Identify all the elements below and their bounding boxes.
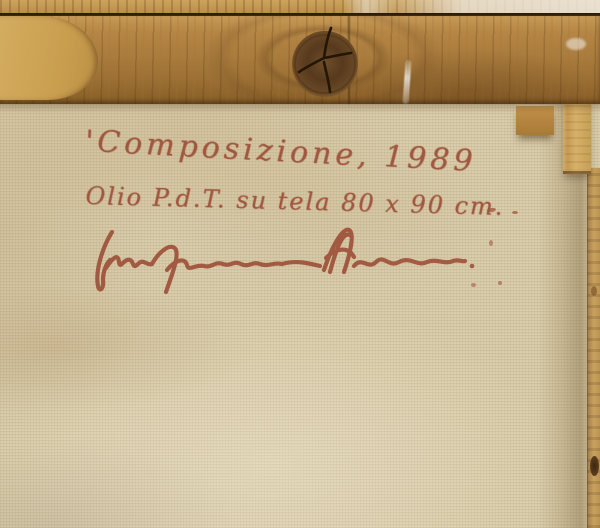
top-stretcher-bar xyxy=(0,16,600,104)
ink-speck xyxy=(498,281,502,285)
wood-knot-small-icon xyxy=(590,456,599,476)
ink-speck xyxy=(471,283,476,287)
canvas-back-photo: 'Composizione, 1989 Olio P.d.T. su tela … xyxy=(0,0,600,528)
artist-signature xyxy=(86,220,481,305)
white-paint-drip xyxy=(402,60,411,104)
corner-wedge xyxy=(0,16,98,100)
wood-knot-tiny-icon xyxy=(591,286,597,296)
white-paint-smudge xyxy=(566,38,586,50)
right-stretcher-bar xyxy=(587,168,600,528)
ink-speck xyxy=(512,211,518,214)
bar-cast-shadow xyxy=(0,104,600,113)
ink-speck xyxy=(489,240,493,246)
frame-outer-strip xyxy=(0,0,600,14)
wood-knot-icon xyxy=(285,24,365,102)
